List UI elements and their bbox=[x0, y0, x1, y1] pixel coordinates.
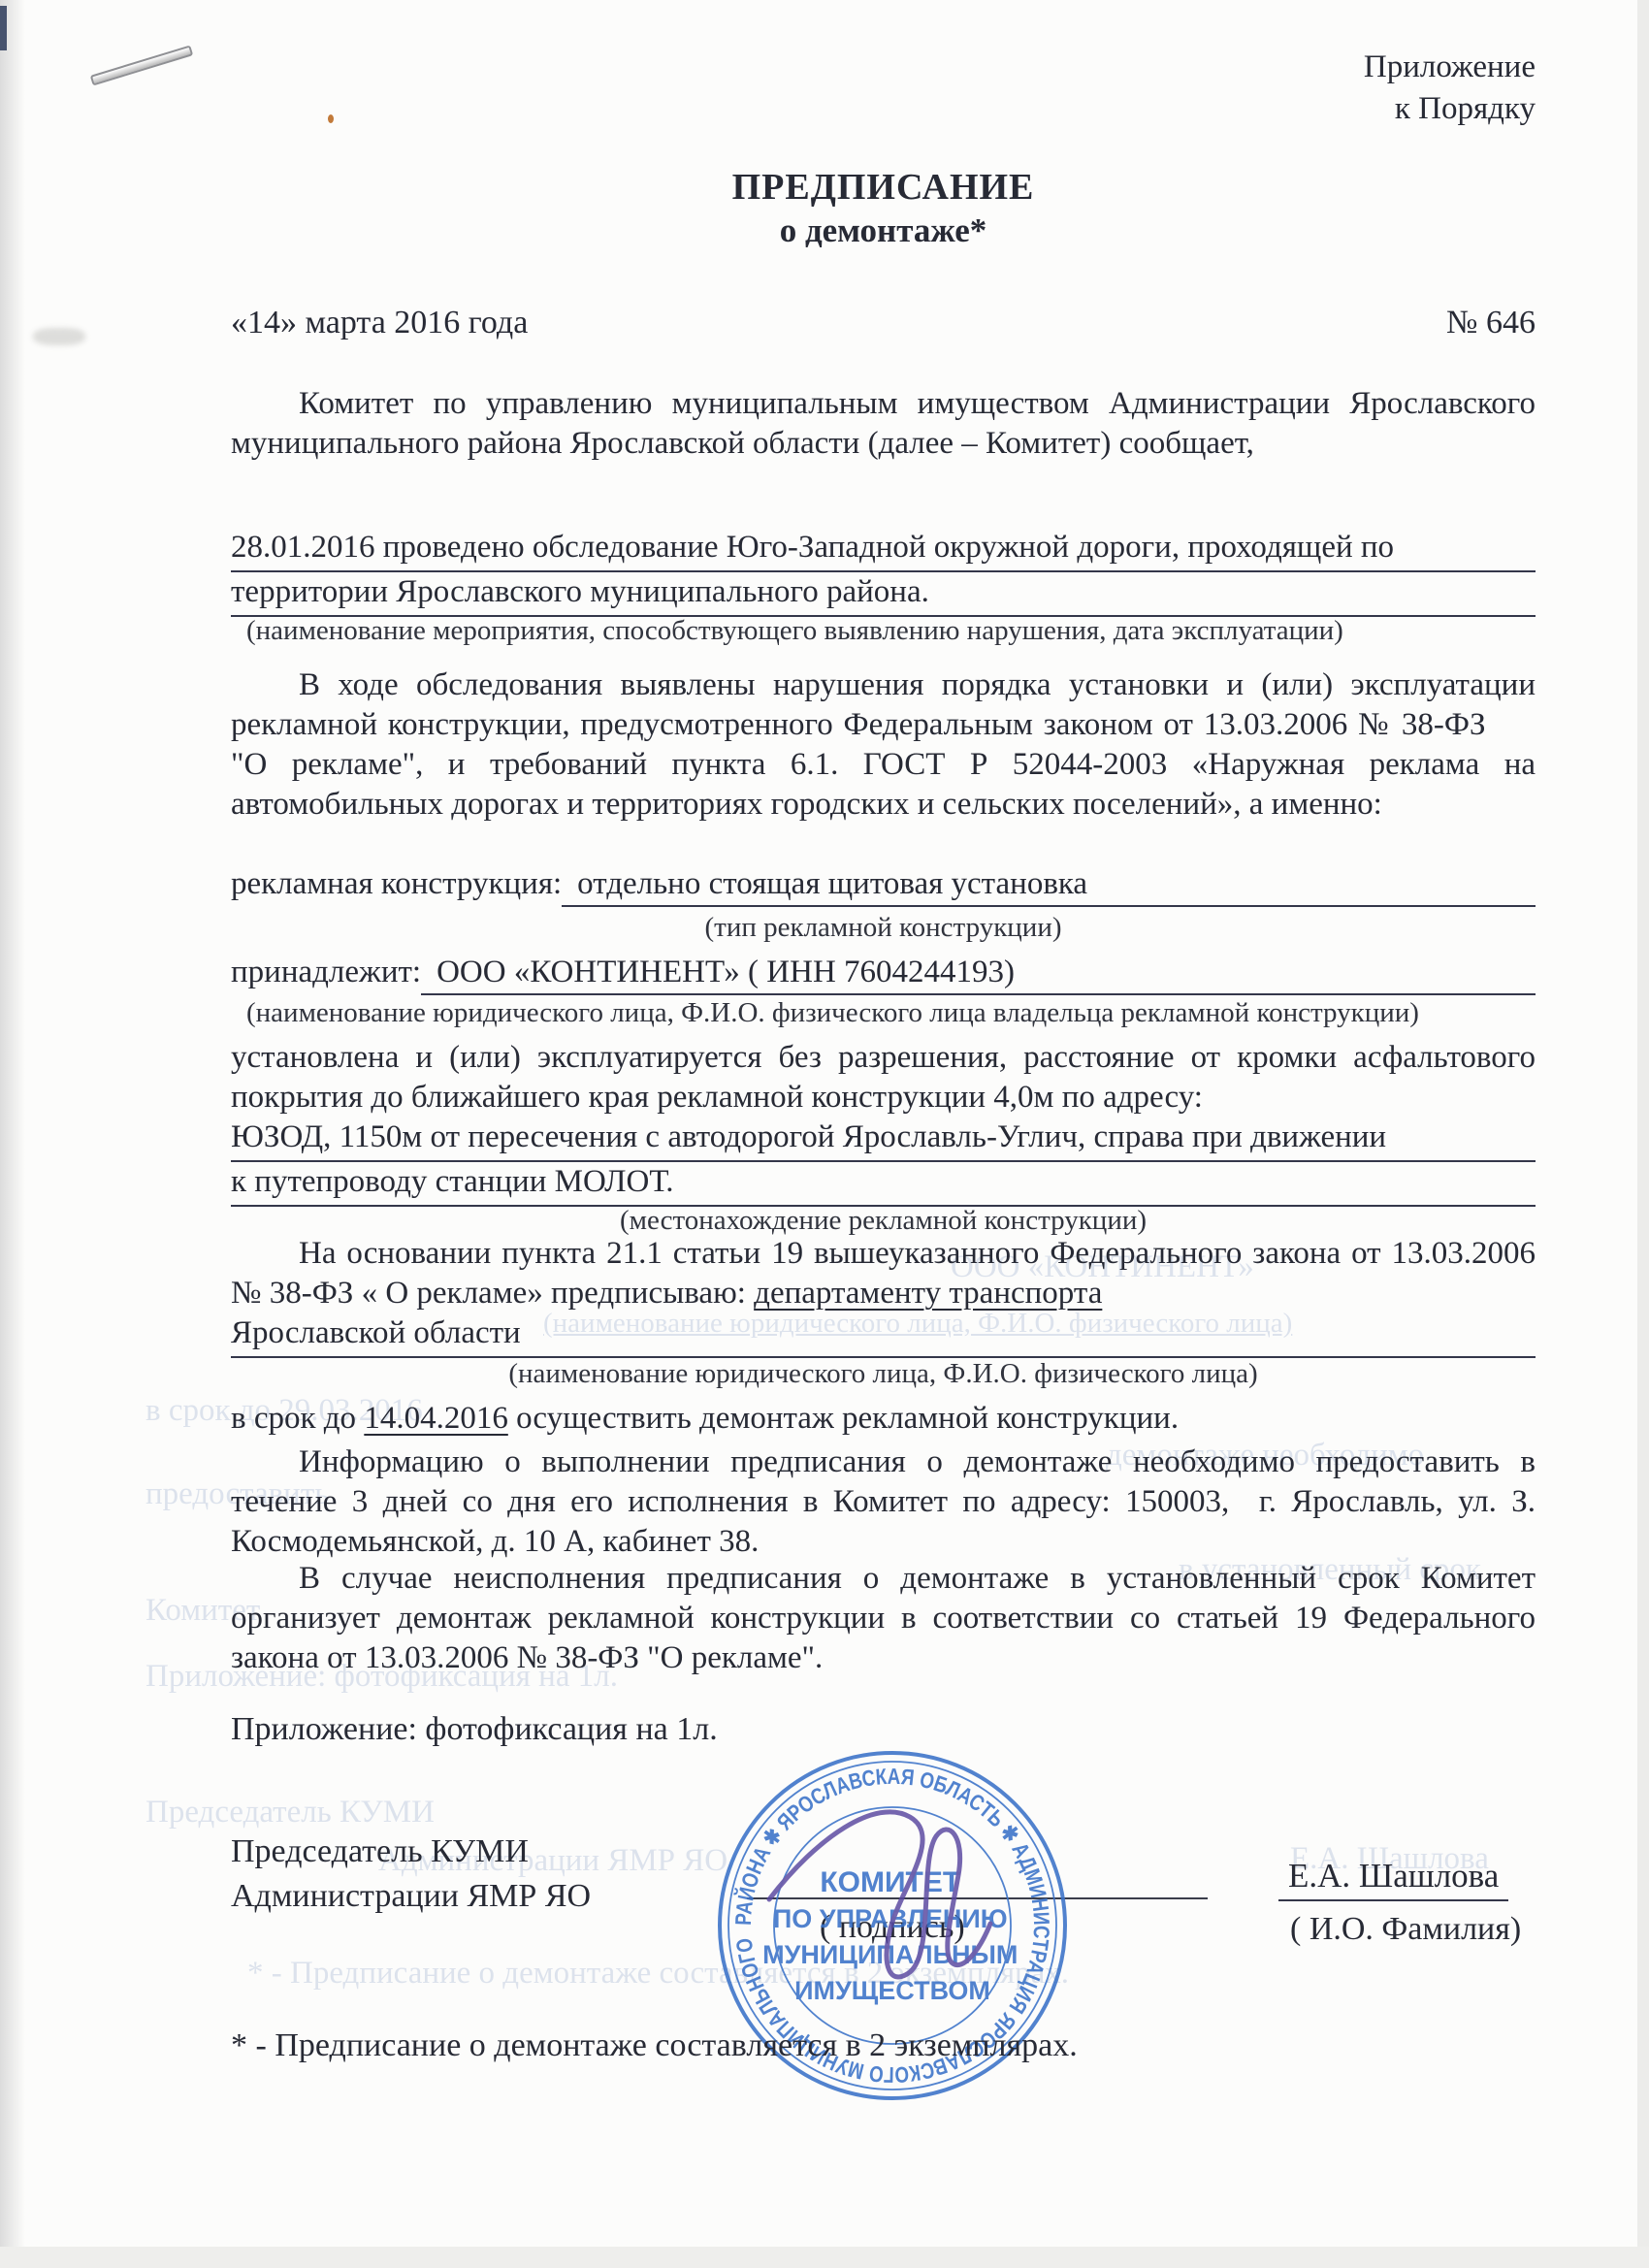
owner-field: принадлежит: ООО «КОНТИНЕНТ» ( ИНН 76042… bbox=[231, 953, 1536, 995]
signer-name-caption: ( И.О. Фамилия) bbox=[1290, 1911, 1521, 1948]
location-field: ЮЗОД, 1150м от пересечения с автодорогой… bbox=[231, 1118, 1536, 1207]
location-line-2: к путепроводу станции МОЛОТ. bbox=[231, 1162, 1536, 1207]
scan-edge-left bbox=[0, 0, 25, 2268]
deadline-prefix: в срок до bbox=[231, 1401, 364, 1436]
location-caption: (местонахождение рекламной конструкции) bbox=[231, 1205, 1536, 1236]
annex-line-2: к Порядку bbox=[231, 88, 1536, 130]
inspection-event-line-1: 28.01.2016 проведено обследование Юго-За… bbox=[231, 528, 1536, 572]
document-date: «14» марта 2016 года bbox=[231, 305, 528, 341]
staple-icon bbox=[90, 45, 193, 85]
owner-label: принадлежит: bbox=[231, 953, 421, 995]
attachment-line: Приложение: фотофиксация на 1л. bbox=[231, 1711, 1536, 1748]
document-subtitle: о демонтаже* bbox=[231, 210, 1536, 252]
construction-type-label: рекламная конструкция: bbox=[231, 864, 562, 907]
construction-type-caption: (тип рекламной конструкции) bbox=[231, 912, 1536, 943]
bleed-through-text: Председатель КУМИ bbox=[145, 1795, 435, 1831]
construction-type-field: рекламная конструкция: отдельно стоящая … bbox=[231, 864, 1536, 907]
order-addressee-line-2: Ярославской области bbox=[231, 1313, 1536, 1358]
paragraph-installed-without-permit: установлена и (или) эксплуатируется без … bbox=[231, 1038, 1536, 1118]
paragraph-noncompliance: В случае неисполнения предписания о демо… bbox=[231, 1559, 1536, 1678]
scan-corner-mark bbox=[0, 6, 7, 50]
scanned-document-page: ООО «КОНТИНЕНТ» (наименование юридическо… bbox=[0, 0, 1649, 2268]
document-number: № 646 bbox=[1446, 305, 1536, 341]
signer-name: Е.А. Шашлова bbox=[1278, 1857, 1508, 1901]
location-line-1: ЮЗОД, 1150м от пересечения с автодорогой… bbox=[231, 1118, 1536, 1162]
addressee-caption: (наименование юридического лица, Ф.И.О. … bbox=[231, 1358, 1536, 1389]
inspection-event-field: 28.01.2016 проведено обследование Юго-За… bbox=[231, 528, 1536, 617]
inspection-event-line-2: территории Ярославского муниципального р… bbox=[231, 572, 1536, 617]
paragraph-violations: В ходе обследования выявлены нарушения п… bbox=[231, 665, 1536, 825]
deadline-date: 14.04.2016 bbox=[364, 1401, 508, 1436]
construction-type-value: отдельно стоящая щитовая установка bbox=[562, 864, 1536, 907]
document-title: ПРЕДПИСАНИЕ bbox=[231, 165, 1536, 210]
owner-value: ООО «КОНТИНЕНТ» ( ИНН 7604244193) bbox=[421, 953, 1536, 995]
date-number-row: «14» марта 2016 года № 646 bbox=[231, 305, 1536, 341]
document-title-block: ПРЕДПИСАНИЕ о демонтаже* bbox=[231, 165, 1536, 252]
inspection-event-caption: (наименование мероприятия, способствующе… bbox=[231, 615, 1551, 646]
owner-caption: (наименование юридического лица, Ф.И.О. … bbox=[231, 997, 1551, 1028]
order-addressee: департаменту транспорта bbox=[754, 1276, 1102, 1311]
scan-edge-bottom bbox=[0, 2247, 1649, 2268]
scan-edge-right bbox=[1637, 0, 1649, 2268]
annex-line-1: Приложение bbox=[231, 47, 1536, 88]
deadline-suffix: осуществить демонтаж рекламной конструкц… bbox=[508, 1401, 1179, 1436]
annex-header: Приложение к Порядку bbox=[231, 47, 1536, 130]
deadline-line: в срок до 14.04.2016 осуществить демонта… bbox=[231, 1399, 1536, 1439]
paragraph-report-requirement: Информацию о выполнении предписания о де… bbox=[231, 1442, 1536, 1562]
paragraph-intro: Комитет по управлению муниципальным имущ… bbox=[231, 384, 1536, 464]
paper-smudge bbox=[33, 328, 85, 345]
footnote: * - Предписание о демонтаже составляется… bbox=[231, 2027, 1536, 2064]
paragraph-order: На основании пункта 21.1 статьи 19 вышеу… bbox=[231, 1234, 1536, 1313]
